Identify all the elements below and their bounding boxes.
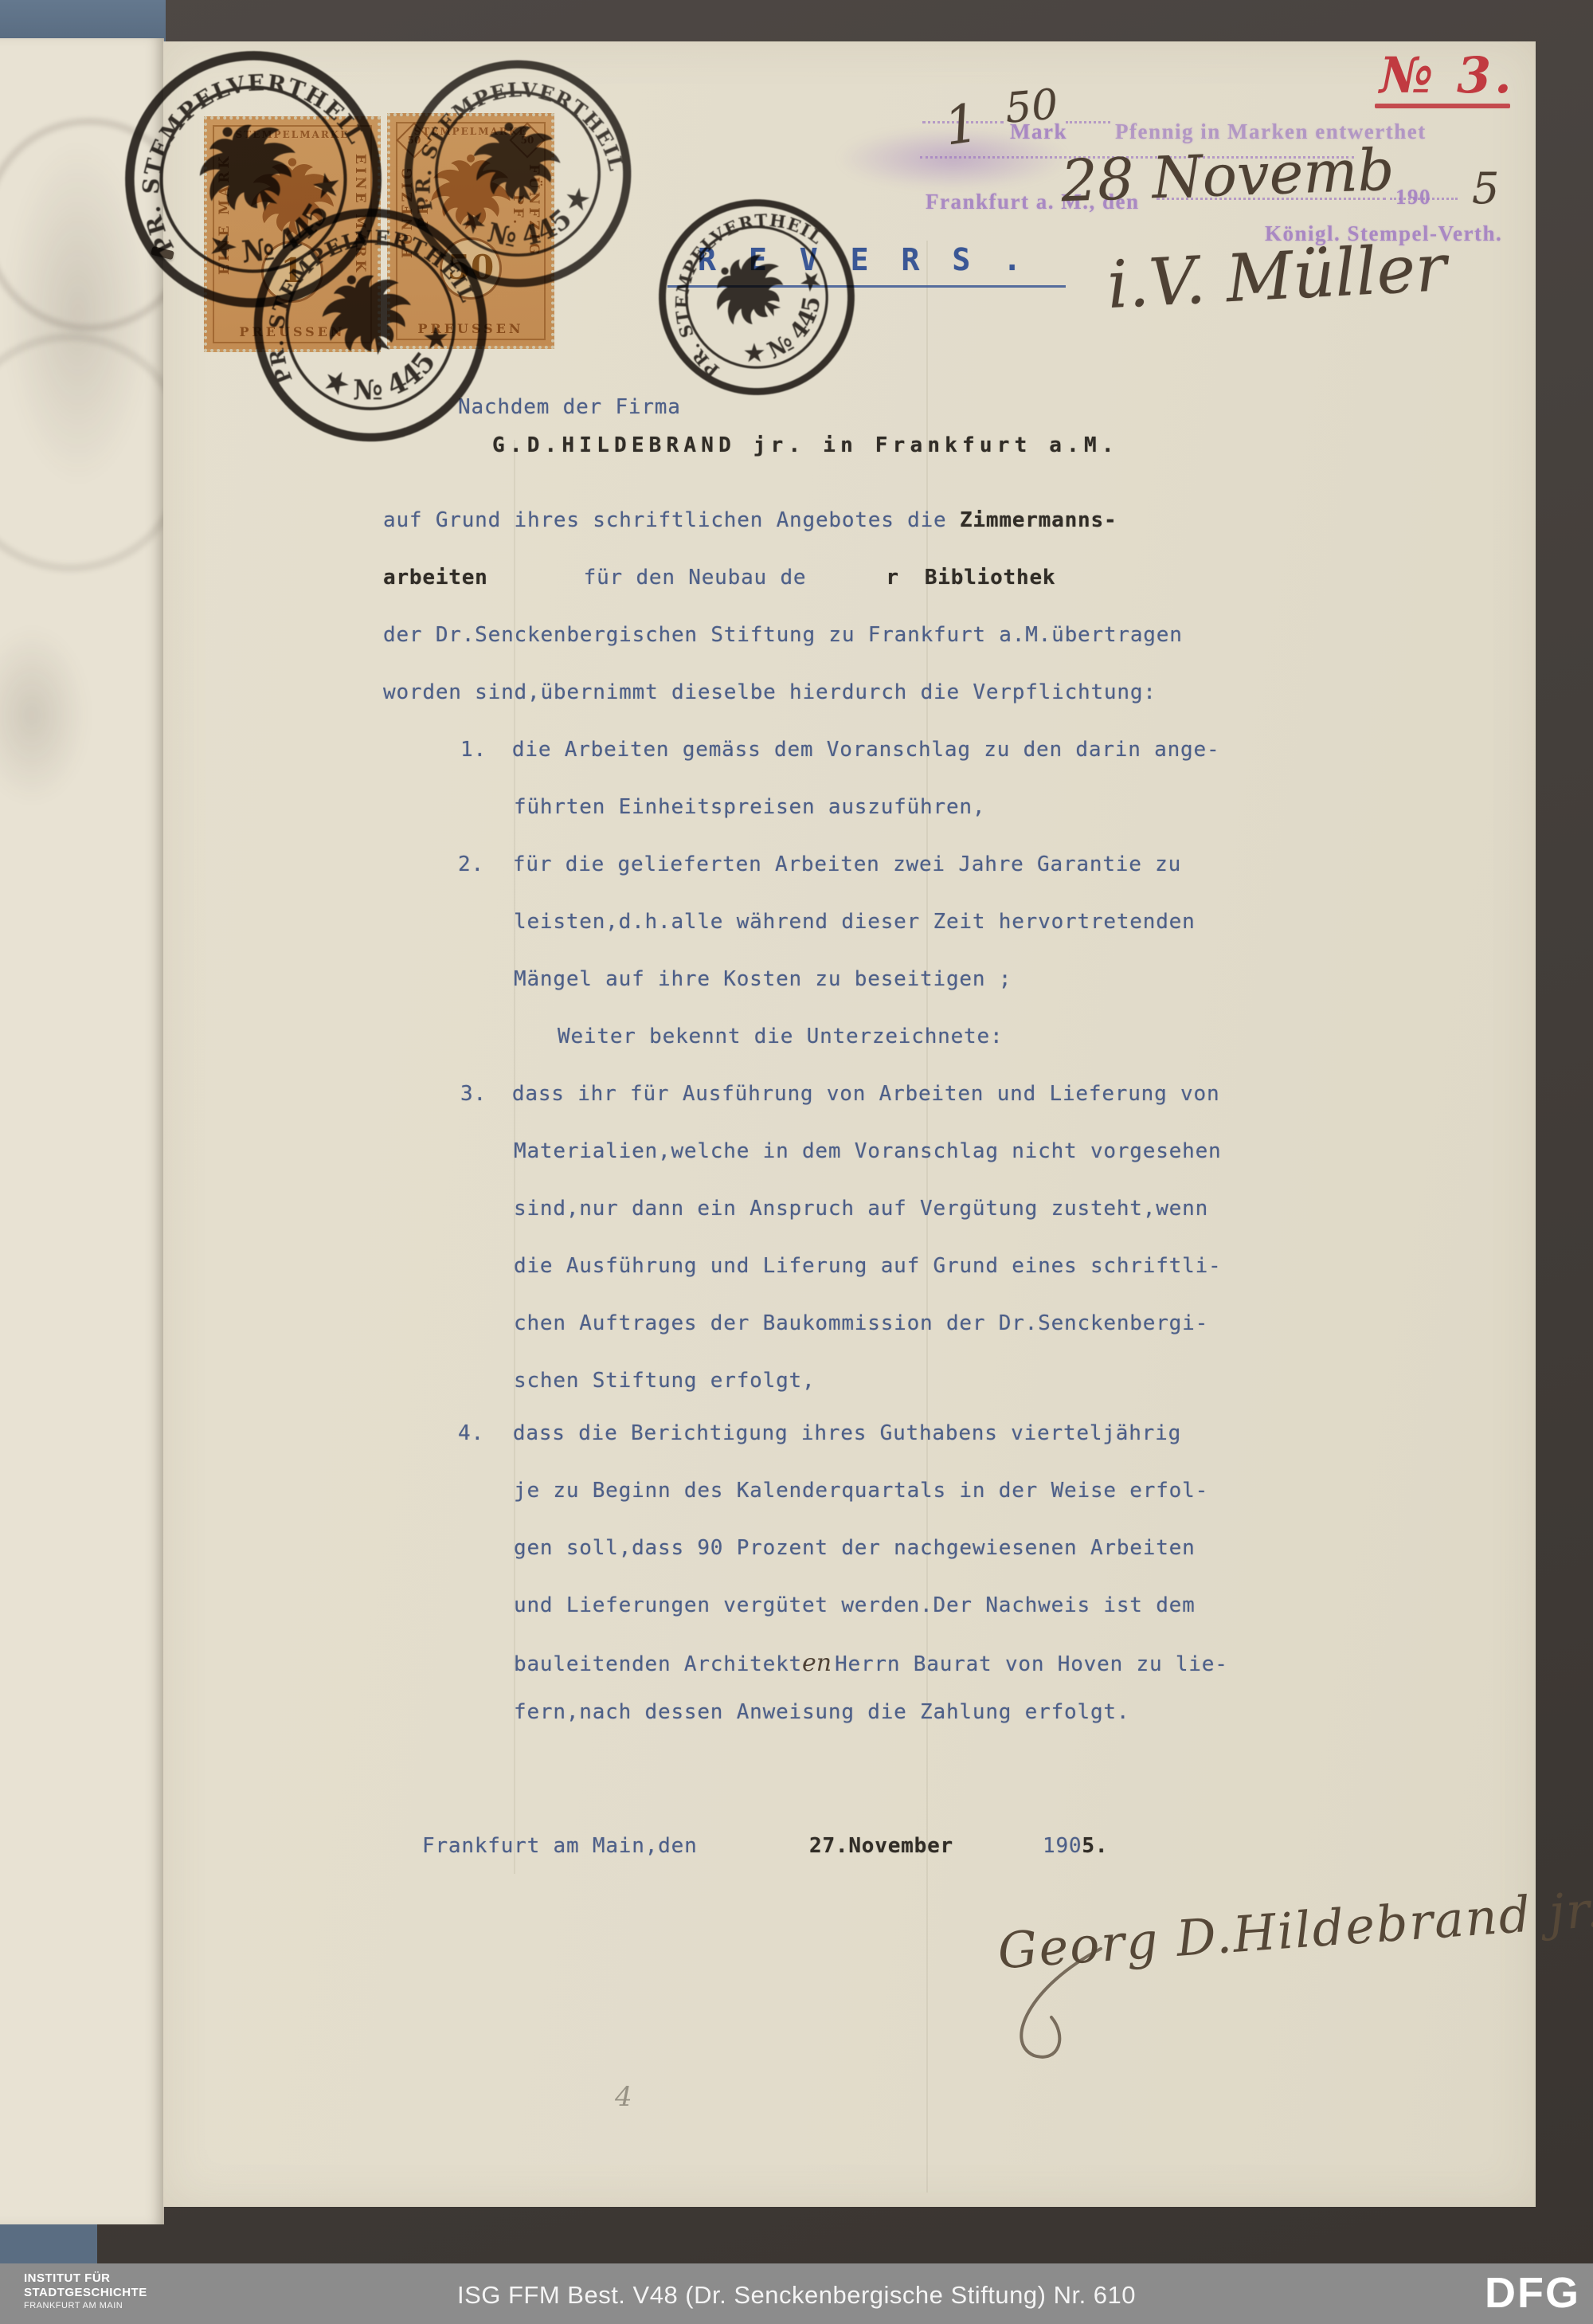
typed-segment: 4. (458, 1421, 484, 1445)
prussian-eagle-icon (183, 104, 313, 232)
dotted-line (1390, 198, 1458, 200)
typed-line: 1.die Arbeiten gemäss dem Voranschlag zu… (460, 736, 1219, 763)
document-number-red: № 3. (1380, 46, 1515, 104)
document-scan: REVERS. Nachdem der FirmaG.D.HILDEBRAND … (0, 0, 1593, 2324)
archive-footer-bar: INSTITUT FÜR STADTGESCHICHTE FRANKFURT A… (0, 2263, 1593, 2324)
typed-line: fern,nach dessen Anweisung die Zahlung e… (514, 1699, 1129, 1726)
typed-line: und Lieferungen vergütet werden.Der Nach… (514, 1592, 1196, 1619)
typed-line: worden sind,übernimmt dieselbe hierdurch… (383, 679, 1157, 706)
typed-line: Materialien,welche in dem Voranschlag ni… (514, 1138, 1221, 1165)
typed-line: Weiter bekennt die Unterzeichnete: (558, 1023, 1003, 1050)
typed-segment: schen Stiftung erfolgt, (514, 1369, 815, 1393)
typed-segment: Mängel auf ihre Kosten zu beseitigen ; (514, 967, 1012, 991)
typed-line: 4.dass die Berichtigung ihres Guthabens … (458, 1420, 1181, 1447)
seal-bottom-text: ★ № 445 ★ (451, 176, 605, 265)
previous-page-edge (0, 38, 164, 2224)
handwritten-pfennig-value: 50 (1004, 80, 1060, 133)
typed-line: die Ausführung und Liferung auf Grund ei… (514, 1252, 1221, 1280)
typed-segment: Zimmermanns- (960, 508, 1117, 532)
typed-segment: führten Einheitspreisen auszuführen, (514, 795, 985, 819)
handwritten-year-digit: 5 (1472, 163, 1499, 214)
typed-segment: Materialien,welche in dem Voranschlag ni… (514, 1139, 1221, 1163)
typed-segment: für die gelieferten Arbeiten zwei Jahre … (513, 852, 1181, 876)
prussian-eagle-icon (699, 240, 800, 341)
typed-segment: arbeiten (383, 566, 488, 590)
typed-segment: worden sind,übernimmt dieselbe hierdurch… (383, 680, 1157, 704)
typed-segment: leisten,d.h.alle während dieser Zeit her… (514, 910, 1196, 934)
prussian-eagle-icon (466, 114, 566, 211)
typed-line: Mängel auf ihre Kosten zu beseitigen ; (514, 966, 1012, 993)
typed-segment: Weiter bekennt die Unterzeichnete: (558, 1025, 1003, 1048)
dfg-logo: DFG (1485, 2268, 1580, 2318)
archive-caption: ISG FFM Best. V48 (Dr. Senckenbergische … (0, 2281, 1593, 2310)
typed-segment: auf Grund ihres schriftlichen Angebotes … (383, 508, 960, 532)
ink-bleed-smudge (0, 628, 88, 803)
typed-line: G.D.HILDEBRAND jr. in Frankfurt a.M. (492, 432, 1119, 459)
typed-line: gen soll,dass 90 Prozent der nachgewiese… (514, 1534, 1196, 1562)
typed-line: auf Grund ihres schriftlichen Angebotes … (383, 507, 1117, 534)
svg-text:★ № 445 ★: ★ № 445 ★ (451, 176, 605, 265)
typed-segment: r (886, 566, 898, 590)
handwritten-date: 28 Novemb (1060, 136, 1395, 215)
typed-segment: fern,nach dessen Anweisung die Zahlung e… (514, 1700, 1129, 1724)
typed-line: Frankfurt am Main,den 27.November1905. (422, 1832, 1108, 1860)
typed-line: der Dr.Senckenbergischen Stiftung zu Fra… (383, 621, 1183, 649)
typed-segment: bauleitenden Architekt (514, 1652, 802, 1676)
typed-segment: G.D.HILDEBRAND jr. in Frankfurt a.M. (492, 433, 1119, 457)
typed-segment: die Ausführung und Liferung auf Grund ei… (514, 1254, 1221, 1278)
document-number-underline (1375, 104, 1510, 108)
typed-segment: 2. (458, 852, 484, 876)
typed-line: leisten,d.h.alle während dieser Zeit her… (514, 908, 1196, 935)
typed-line: 3.dass ihr für Ausführung von Arbeiten u… (460, 1080, 1219, 1107)
typed-segment: für den Neubau de (584, 566, 807, 590)
typed-segment: dass die Berichtigung ihres Guthabens vi… (513, 1421, 1181, 1445)
typed-line: 2.für die gelieferten Arbeiten zwei Jahr… (458, 851, 1181, 878)
dotted-line (1066, 121, 1110, 123)
typed-line: bauleitenden ArchitektenHerrn Baurat von… (514, 1649, 1228, 1678)
signature-flourish (981, 1942, 1157, 2078)
pencil-mark: 4 (615, 2081, 632, 2113)
typed-segment: 3. (460, 1082, 487, 1106)
typed-segment: 27.November (809, 1834, 953, 1858)
typed-line: chen Auftrages der Baukommission der Dr.… (514, 1310, 1208, 1337)
typed-segment: Frankfurt am Main,den (422, 1834, 710, 1858)
typed-line: je zu Beginn des Kalenderquartals in der… (514, 1477, 1208, 1504)
typed-segment: chen Auftrages der Baukommission der Dr.… (514, 1311, 1208, 1335)
prussian-eagle-icon (310, 258, 425, 370)
typed-segment: 5. (1082, 1834, 1108, 1858)
typed-segment: sind,nur dann ein Anspruch auf Vergütung… (514, 1197, 1208, 1221)
typed-segment: dass ihr für Ausführung von Arbeiten und… (512, 1082, 1219, 1106)
typed-segment: die Arbeiten gemäss dem Voranschlag zu d… (512, 738, 1219, 762)
typed-segment: gen soll,dass 90 Prozent der nachgewiese… (514, 1536, 1196, 1560)
typed-line: arbeitenfür den Neubau derBibliothek (383, 564, 1055, 591)
typed-segment: en (802, 1649, 832, 1677)
typed-segment: je zu Beginn des Kalenderquartals in der… (514, 1479, 1208, 1503)
typed-segment: der Dr.Senckenbergischen Stiftung zu Fra… (383, 623, 1183, 647)
typed-segment: Bibliothek (925, 566, 1056, 590)
typed-line: sind,nur dann ein Anspruch auf Vergütung… (514, 1195, 1208, 1222)
typed-segment: und Lieferungen vergütet werden.Der Nach… (514, 1593, 1196, 1617)
typed-segment: Herrn Baurat von Hoven zu lie- (835, 1652, 1228, 1676)
typed-segment: 1. (460, 738, 487, 762)
typed-segment: 190 (1043, 1834, 1082, 1858)
typed-line: führten Einheitspreisen auszuführen, (514, 794, 985, 821)
book-cover-top-left (0, 0, 166, 41)
typed-line: schen Stiftung erfolgt, (514, 1367, 815, 1394)
